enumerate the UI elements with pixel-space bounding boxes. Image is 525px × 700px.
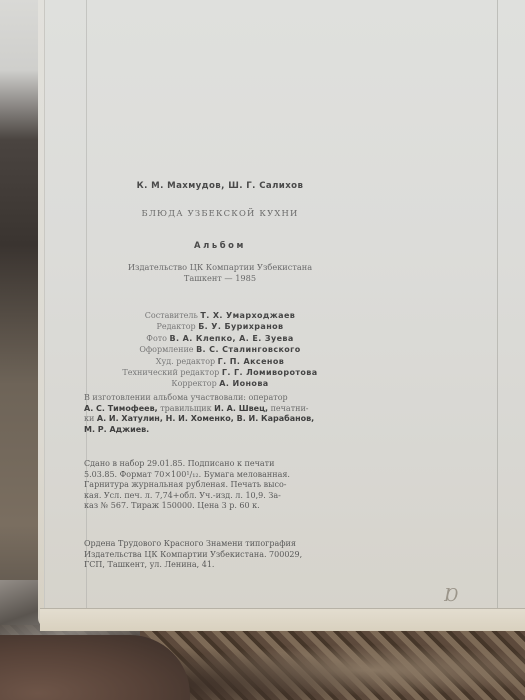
- credit-row: Фото В. А. Клепко, А. Е. Зуева: [100, 333, 340, 344]
- pencil-signature-mark: Ɒ: [444, 585, 458, 606]
- participants-paragraph: В изготовлении альбома участвовали: опер…: [84, 393, 316, 435]
- printing-details: Сдано в набор 29.01.85. Подписано к печа…: [84, 459, 316, 512]
- credit-row: Составитель Т. Х. Умарходжаев: [100, 310, 340, 321]
- credit-row: Оформление В. С. Сталинговского: [100, 344, 340, 355]
- page-fold-line: [86, 0, 87, 608]
- credits-list: Составитель Т. Х. Умарходжаев Редактор Б…: [100, 310, 340, 390]
- page-edges: [40, 608, 525, 631]
- publisher-block: Издательство ЦК Компартии Узбекистана Та…: [100, 262, 340, 284]
- credit-row: Технический редактор Г. Г. Ломиворотова: [100, 367, 340, 378]
- hand: [0, 635, 190, 700]
- colophon-page: [44, 0, 525, 608]
- authors: К. М. Махмудов, Ш. Г. Салихов: [100, 181, 340, 191]
- publisher-city-year: Ташкент — 1985: [100, 273, 340, 284]
- credit-row: Худ. редактор Г. П. Аксенов: [100, 356, 340, 367]
- printer-details: Ордена Трудового Красного Знамени типогр…: [84, 539, 316, 571]
- page-crease: [497, 0, 498, 608]
- book-title: БЛЮДА УЗБЕКСКОЙ КУХНИ: [100, 208, 340, 218]
- book-subtitle: Альбом: [100, 240, 340, 250]
- credit-row: Редактор Б. У. Бурихранов: [100, 321, 340, 332]
- credit-row: Корректор А. Ионова: [100, 378, 340, 389]
- publisher-name: Издательство ЦК Компартии Узбекистана: [100, 262, 340, 273]
